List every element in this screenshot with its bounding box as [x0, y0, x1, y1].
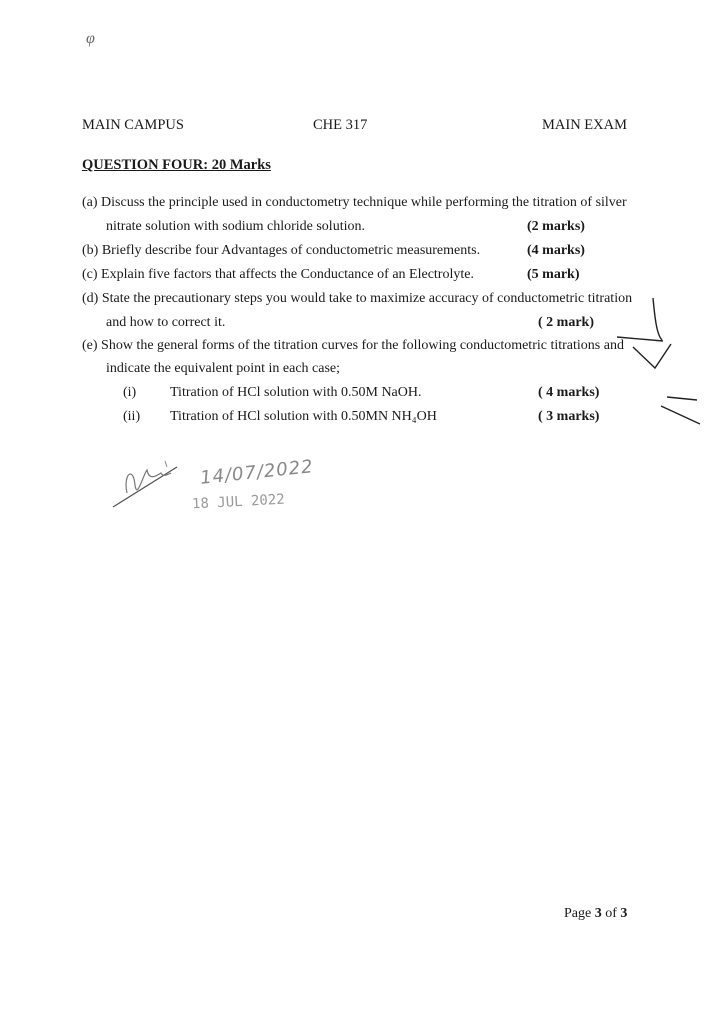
question-e-line-1: (e) Show the general forms of the titrat… [82, 338, 624, 354]
page-prefix: Page [564, 906, 595, 921]
question-b-line-1: (b) Briefly describe four Advantages of … [82, 243, 480, 259]
page-total: 3 [620, 906, 627, 921]
handwritten-date: 14/07/2022 [199, 456, 314, 489]
subitem-i-text: Titration of HCl solution with 0.50M NaO… [170, 385, 422, 401]
question-c-marks: (5 mark) [527, 267, 580, 283]
subitem-i-number: (i) [123, 385, 136, 401]
question-d-line-1: (d) State the precautionary steps you wo… [82, 291, 632, 307]
question-d-marks: ( 2 mark) [538, 315, 594, 331]
header-course-code: CHE 317 [313, 117, 367, 134]
subitem-i-marks: ( 4 marks) [538, 385, 599, 401]
signature-icon [105, 455, 185, 515]
question-a-line-2: nitrate solution with sodium chloride so… [106, 219, 365, 235]
question-title: QUESTION FOUR: 20 Marks [82, 157, 271, 174]
question-b-marks: (4 marks) [527, 243, 585, 259]
page-number: Page 3 of 3 [564, 906, 627, 922]
subitem-ii-text: Titration of HCl solution with 0.50MN NH… [170, 409, 437, 425]
question-c-line-1: (c) Explain five factors that affects th… [82, 267, 474, 283]
page-of: of [602, 906, 621, 921]
header-campus: MAIN CAMPUS [82, 117, 184, 134]
question-a-marks: (2 marks) [527, 219, 585, 235]
subitem-ii-marks: ( 3 marks) [538, 409, 599, 425]
question-e-line-2: indicate the equivalent point in each ca… [106, 361, 340, 377]
page-current: 3 [595, 906, 602, 921]
tick-marks-icon [615, 290, 725, 440]
question-a-line-1: (a) Discuss the principle used in conduc… [82, 195, 627, 211]
corner-handwritten-mark: φ [86, 30, 95, 48]
received-stamp-date: 18 JUL 2022 [192, 492, 285, 513]
subitem-ii-number: (ii) [123, 409, 140, 425]
question-d-line-2: and how to correct it. [106, 315, 225, 331]
header-exam-type: MAIN EXAM [542, 117, 627, 134]
